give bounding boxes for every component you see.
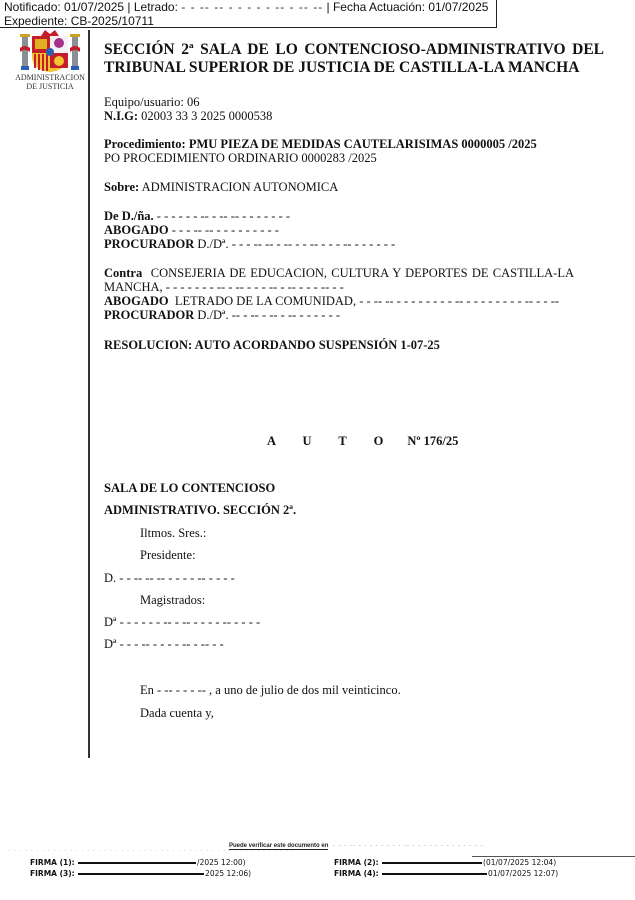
signature-timestamp: /2025 12:00)	[197, 858, 246, 867]
procurador-label: PROCURADOR	[104, 237, 194, 251]
notified-date: Notificado: 01/07/2025 | Letrado:	[4, 0, 181, 14]
signature-label: FIRMA (3):	[30, 869, 75, 878]
contra-abogado-value: LETRADO DE LA COMUNIDAD, - - -- -- - - -…	[175, 294, 559, 308]
de-value: - - - - - - -- - -- -- - - - - - - -	[154, 209, 290, 223]
de-label: De D./ña.	[104, 209, 154, 223]
signature-label: FIRMA (2):	[334, 858, 379, 867]
procedimiento-main: Procedimiento: PMU PIEZA DE MEDIDAS CAUT…	[104, 137, 537, 151]
contra-line: Contra CONSEJERIA DE EDUCACION, CULTURA …	[104, 266, 574, 280]
footer-rule	[472, 856, 635, 857]
contra-abogado-label: ABOGADO	[104, 294, 169, 308]
notification-line-1: Notificado: 01/07/2025 | Letrado: - - --…	[4, 0, 496, 14]
logo-caption-line-2: DE JUSTICIA	[12, 82, 88, 91]
justice-logo: ADMINISTRACION DE JUSTICIA	[12, 30, 88, 91]
de-line: De D./ña. - - - - - - -- - -- -- - - - -…	[104, 209, 395, 223]
nig-line: N.I.G: 02003 33 3 2025 0000538	[104, 109, 272, 123]
auto-number: Nº 176/25	[407, 434, 458, 448]
signature-4: FIRMA (4): 01/07/2025 12:07)	[334, 869, 558, 879]
signature-3: FIRMA (3): 2025 12:06)	[30, 869, 251, 879]
sobre-label: Sobre:	[104, 180, 139, 194]
abogado-value: - - - -- -- - - - - - - - - -	[169, 223, 279, 237]
nig-label: N.I.G:	[104, 109, 138, 123]
contra-value: CONSEJERIA DE EDUCACION, CULTURA Y DEPOR…	[151, 266, 574, 280]
court-title: SECCIÓN 2ª SALA DE LO CONTENCIOSO-ADMINI…	[104, 41, 604, 77]
letrado-redacted: - - -- -- - - - - - -- - -- --	[181, 0, 323, 14]
signature-1: FIRMA (1): /2025 12:00)	[30, 858, 246, 868]
spanish-coat-of-arms-icon	[19, 30, 81, 72]
abogado-line: ABOGADO - - - -- -- - - - - - - - - -	[104, 223, 395, 237]
signature-timestamp: (01/07/2025 12:04)	[483, 858, 556, 867]
magistrados-label: Magistrados:	[140, 593, 205, 607]
contra-abogado-line: ABOGADO LETRADO DE LA COMUNIDAD, - - -- …	[104, 294, 574, 308]
abogado-label: ABOGADO	[104, 223, 169, 237]
presidente-label: Presidente:	[140, 548, 196, 562]
logo-caption-line-1: ADMINISTRACION	[12, 73, 88, 82]
nig-value: 02003 33 3 2025 0000538	[138, 109, 272, 123]
presidente-name: D. - - -- -- -- - - - - -- - - - -	[104, 571, 235, 585]
place-date: En - -- - - - -- , a uno de julio de dos…	[140, 683, 401, 697]
auto-heading: A U T ONº 176/25	[267, 434, 458, 449]
contra-label: Contra	[104, 266, 142, 280]
auto-title: A U T O	[267, 434, 395, 448]
verify-document-link[interactable]: Puede verificar este documento en	[229, 843, 328, 850]
signer-name-redacted	[78, 873, 204, 875]
margin-rule	[88, 30, 90, 758]
sobre-line: Sobre: ADMINISTRACION AUTONOMICA	[104, 180, 338, 194]
iltmos-sres: Iltmos. Sres.:	[140, 526, 206, 540]
notification-header: Notificado: 01/07/2025 | Letrado: - - --…	[0, 0, 497, 28]
signer-name-redacted	[78, 862, 196, 864]
expediente: Expediente: CB-2025/10711	[4, 14, 496, 28]
contra-procurador-value: D./Dª. -- - -- - -- - -- - - - - - -	[194, 308, 340, 322]
sobre-value: ADMINISTRACION AUTONOMICA	[139, 180, 338, 194]
court-title-line-1: SECCIÓN 2ª SALA DE LO CONTENCIOSO-ADMINI…	[104, 41, 604, 59]
court-title-line-2: TRIBUNAL SUPERIOR DE JUSTICIA DE CASTILL…	[104, 59, 579, 76]
sala-line-2: ADMINISTRATIVO. SECCIÓN 2ª.	[104, 503, 296, 517]
defendant-parties: Contra CONSEJERIA DE EDUCACION, CULTURA …	[104, 266, 574, 322]
signer-name-redacted	[382, 862, 482, 864]
fecha-actuacion: | Fecha Actuación: 01/07/2025	[323, 0, 488, 14]
signature-label: FIRMA (4):	[334, 869, 379, 878]
logo-caption: ADMINISTRACION DE JUSTICIA	[12, 73, 88, 91]
signature-timestamp: 2025 12:06)	[205, 869, 251, 878]
dada-cuenta: Dada cuenta y,	[140, 706, 214, 720]
magistrado-1: Dª - - - - - - -- - -- - - - - -- - - - …	[104, 615, 260, 629]
signature-timestamp: 01/07/2025 12:07)	[488, 869, 558, 878]
signature-label: FIRMA (1):	[30, 858, 75, 867]
procedimiento: Procedimiento: PMU PIEZA DE MEDIDAS CAUT…	[104, 137, 537, 165]
procurador-value: D./Dª. - - - -- -- - -- - - -- - - - -- …	[194, 237, 395, 251]
procurador-line: PROCURADOR D./Dª. - - - -- -- - -- - - -…	[104, 237, 395, 251]
magistrado-2: Dª - - - -- - - - - -- - -- - -	[104, 637, 224, 651]
verify-url-redacted: - - - -- - - - - - - - - -- - - - - - - …	[333, 843, 484, 849]
plaintiff-parties: De D./ña. - - - - - - -- - -- -- - - - -…	[104, 209, 395, 251]
contra-procurador-line: PROCURADOR D./Dª. -- - -- - -- - -- - - …	[104, 308, 574, 322]
equipo-usuario: Equipo/usuario: 06	[104, 95, 272, 109]
contra-value-line-2: MANCHA, - - - - - - - -- - -- - - - -- -…	[104, 280, 574, 294]
contra-procurador-label: PROCURADOR	[104, 308, 194, 322]
case-info: Equipo/usuario: 06 N.I.G: 02003 33 3 202…	[104, 95, 272, 123]
resolucion: RESOLUCION: AUTO ACORDANDO SUSPENSIÓN 1-…	[104, 338, 440, 352]
sala-line-1: SALA DE LO CONTENCIOSO	[104, 481, 275, 495]
signer-name-redacted	[382, 873, 487, 875]
procedimiento-sub: PO PROCEDIMIENTO ORDINARIO 0000283 /2025	[104, 151, 537, 165]
signature-2: FIRMA (2): (01/07/2025 12:04)	[334, 858, 556, 868]
